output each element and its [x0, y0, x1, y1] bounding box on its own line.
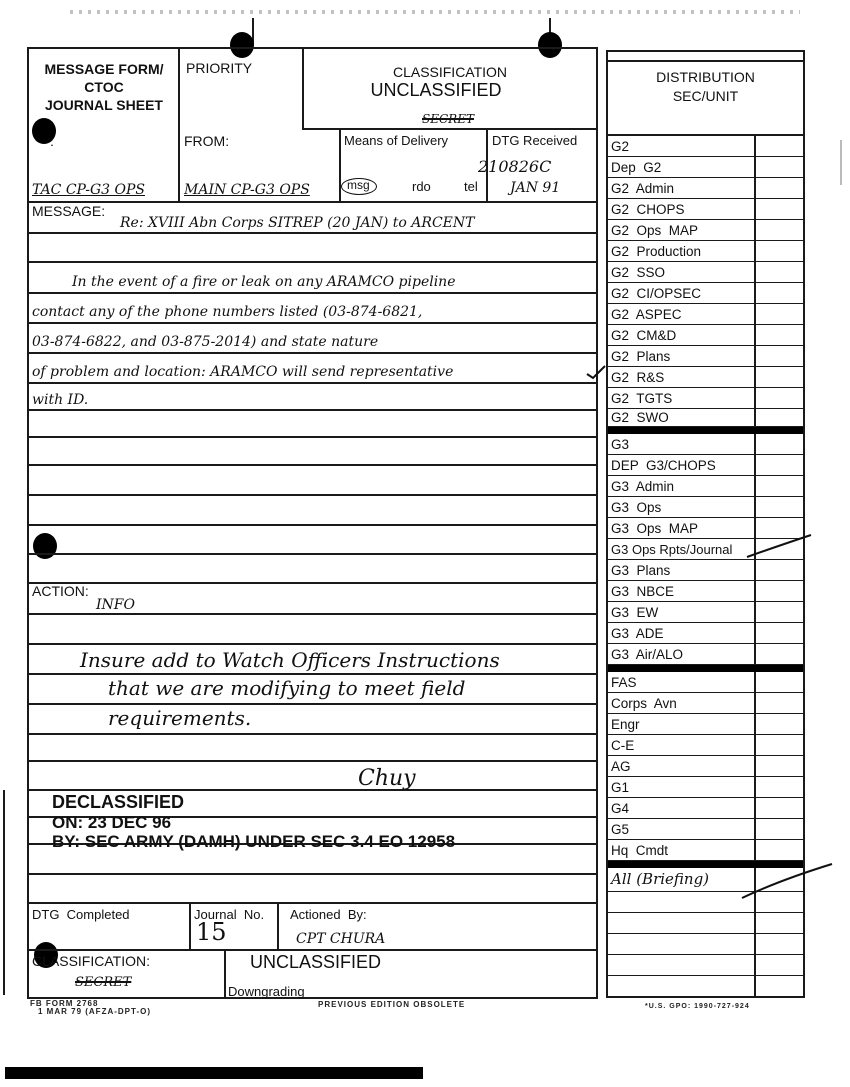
bottom-classification-label: CLASSIFICATION: — [32, 953, 150, 969]
dist-row-g4[interactable]: G4 — [608, 798, 803, 819]
footer-gpo: *U.S. GPO: 1990-727-924 — [645, 1003, 750, 1010]
action-label: ACTION: — [32, 583, 89, 599]
dist-row-g2-admin[interactable]: G2 Admin — [608, 178, 803, 199]
to-label: : — [50, 133, 54, 149]
from-label: FROM: — [184, 133, 229, 149]
message-line: with ID. — [32, 392, 88, 408]
dist-row-g3-ade[interactable]: G3 ADE — [608, 623, 803, 644]
check-mark-icon — [745, 533, 815, 561]
action-value: INFO — [96, 597, 135, 613]
group-divider — [608, 427, 803, 434]
priority-label: PRIORITY — [186, 60, 252, 76]
bottom-classification-value: UNCLASSIFIED — [250, 952, 381, 973]
footer-form-date: 1 MAR 79 (AFZA-DPT-O) — [38, 1007, 151, 1016]
check-mark-icon — [585, 364, 615, 382]
dist-row-fas[interactable]: FAS — [608, 672, 803, 693]
means-option-rdo[interactable]: rdo — [412, 179, 431, 194]
dist-row-dep-g3-chops[interactable]: DEP G3/CHOPS — [608, 455, 803, 476]
action-signature: Chuy — [358, 766, 416, 791]
dist-row-g2-sso[interactable]: G2 SSO — [608, 262, 803, 283]
dist-row-g2-ops-map[interactable]: G2 Ops MAP — [608, 220, 803, 241]
dtg-received-month: JAN 91 — [510, 180, 560, 196]
bottom-classification-struck: SECRET — [75, 975, 131, 990]
dist-row-g2-tgts[interactable]: G2 TGTS — [608, 388, 803, 409]
action-note-line: Insure add to Watch Officers Instruction… — [80, 648, 500, 672]
dist-row-ag[interactable]: AG — [608, 756, 803, 777]
dist-row-g2-swo[interactable]: G2 SWO — [608, 409, 803, 427]
message-line: In the event of a fire or leak on any AR… — [72, 274, 455, 290]
distribution-header: DISTRIBUTION SEC/UNIT — [608, 68, 803, 106]
dtg-completed-label: DTG Completed — [32, 907, 130, 922]
actioned-by-value: CPT CHURA — [296, 931, 385, 947]
dist-row-g3-air-alo[interactable]: G3 Air/ALO — [608, 644, 803, 665]
dist-row-g3-ops[interactable]: G3 Ops — [608, 497, 803, 518]
dist-row-g3-ew[interactable]: G3 EW — [608, 602, 803, 623]
dist-row-g3[interactable]: G3 — [608, 434, 803, 455]
footer-obsolete: PREVIOUS EDITION OBSOLETE — [318, 1000, 465, 1009]
dist-row-g2-production[interactable]: G2 Production — [608, 241, 803, 262]
dtg-received-label: DTG Received — [492, 133, 577, 148]
dist-row-g2-plans[interactable]: G2 Plans — [608, 346, 803, 367]
dist-row-g3-plans[interactable]: G3 Plans — [608, 560, 803, 581]
dist-row-blank[interactable] — [608, 934, 803, 955]
declassified-line-3: BY: SEC ARMY (DAMH) UNDER SEC 3.4 EO 129… — [52, 832, 455, 852]
group-divider — [608, 665, 803, 672]
redaction-bar — [5, 1067, 423, 1079]
message-line: 03-874-6822, and 03-875-2014) and state … — [32, 334, 378, 350]
dist-row-g3-admin[interactable]: G3 Admin — [608, 476, 803, 497]
dist-row-g2-aspec[interactable]: G2 ASPEC — [608, 304, 803, 325]
dist-row-dep-g2[interactable]: Dep G2 — [608, 157, 803, 178]
actioned-by-label: Actioned By: — [290, 907, 367, 922]
means-option-tel[interactable]: tel — [464, 179, 478, 194]
dist-row-g2-rs[interactable]: G2 R&S — [608, 367, 803, 388]
dist-row-engr[interactable]: Engr — [608, 714, 803, 735]
check-mark-icon — [740, 862, 835, 902]
means-option-msg[interactable]: msg — [347, 178, 370, 192]
declassified-line-1: DECLASSIFIED — [52, 792, 184, 813]
means-of-delivery-label: Means of Delivery — [344, 133, 448, 148]
classification-value: UNCLASSIFIED — [302, 80, 570, 101]
dist-row-c-e[interactable]: C-E — [608, 735, 803, 756]
from-value: MAIN CP-G3 OPS — [184, 182, 310, 198]
message-label: MESSAGE: — [32, 203, 105, 219]
dist-row-blank[interactable] — [608, 955, 803, 976]
declassified-line-2: ON: 23 DEC 96 — [52, 813, 171, 833]
classification-struck: SECRET — [422, 112, 474, 126]
distribution-table: DISTRIBUTION SEC/UNIT G2 Dep G2 G2 Admin… — [606, 50, 805, 998]
dist-row-g2-ci-opsec[interactable]: G2 CI/OPSEC — [608, 283, 803, 304]
dist-row-g2-cmd[interactable]: G2 CM&D — [608, 325, 803, 346]
scan-mark — [3, 790, 5, 995]
dist-row-g1[interactable]: G1 — [608, 777, 803, 798]
dist-row-corps-avn[interactable]: Corps Avn — [608, 693, 803, 714]
downgrading-label: Downgrading — [228, 984, 305, 999]
dist-row-g3-nbce[interactable]: G3 NBCE — [608, 581, 803, 602]
action-note-line: requirements. — [108, 706, 251, 730]
dist-row-hq-cmdt[interactable]: Hq Cmdt — [608, 840, 803, 861]
message-line: of problem and location: ARAMCO will sen… — [32, 364, 453, 380]
journal-no-value: 15 — [196, 918, 227, 946]
dtg-received-value: 210826C — [478, 157, 551, 176]
classification-label: CLASSIFICATION — [302, 64, 598, 80]
dist-row-blank[interactable] — [608, 913, 803, 934]
dist-row-g2[interactable]: G2 — [608, 136, 803, 157]
scan-noise — [70, 10, 800, 14]
dist-row-g5[interactable]: G5 — [608, 819, 803, 840]
to-value: TAC CP-G3 OPS — [32, 182, 145, 198]
scan-mark — [840, 140, 842, 185]
action-note-line: that we are modifying to meet field — [108, 676, 465, 700]
dist-row-g2-chops[interactable]: G2 CHOPS — [608, 199, 803, 220]
message-line: Re: XVIII Abn Corps SITREP (20 JAN) to A… — [120, 215, 474, 231]
message-line: contact any of the phone numbers listed … — [32, 304, 422, 320]
dist-row-blank[interactable] — [608, 976, 803, 997]
form-title: MESSAGE FORM/ CTOC JOURNAL SHEET — [30, 60, 178, 114]
